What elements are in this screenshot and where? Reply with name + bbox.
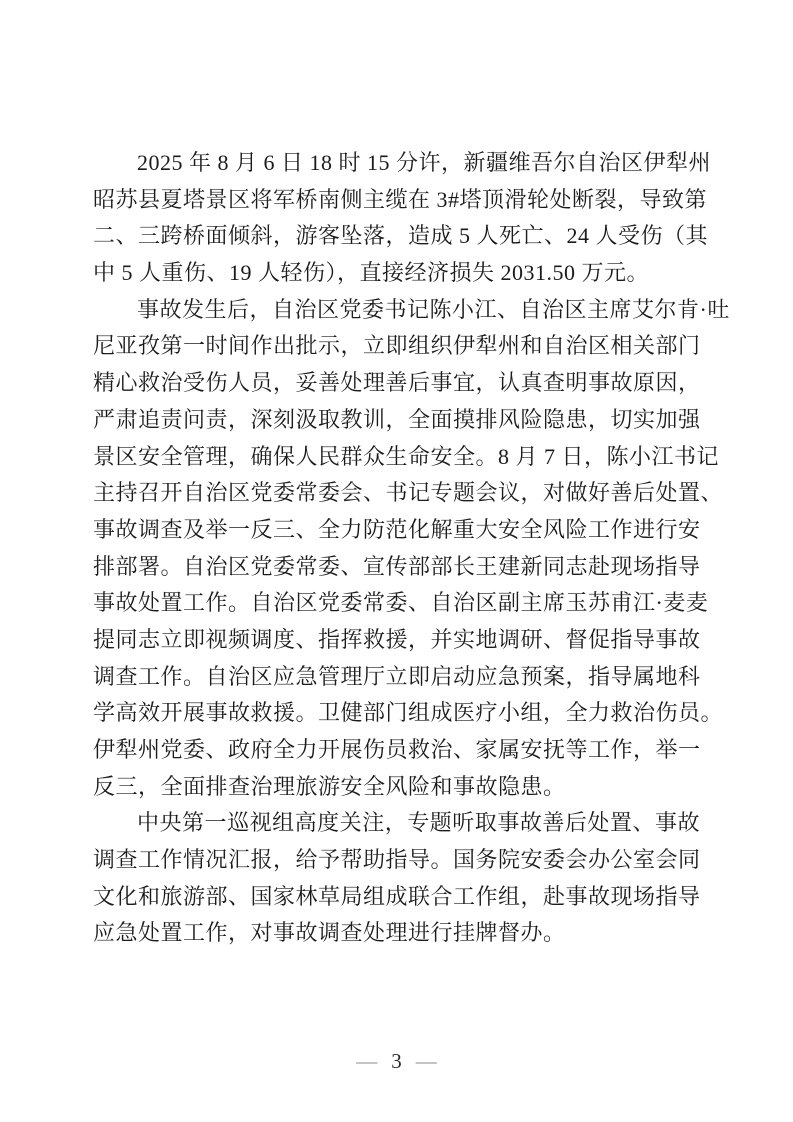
text-line: 事故处置工作。自治区党委常委、自治区副主席玉苏甫江·麦麦 (93, 585, 700, 622)
text-line: 文化和旅游部、国家林草局组成联合工作组，赴事故现场指导 (93, 879, 700, 916)
text-line: 事故发生后，自治区党委书记陈小江、自治区主席艾尔肯·吐 (93, 292, 700, 329)
text-line: 学高效开展事故救援。卫健部门组成医疗小组，全力救治伤员。 (93, 695, 700, 732)
text-line: 严肃追责问责，深刻汲取教训，全面摸排风险隐患，切实加强 (93, 402, 700, 439)
text-line: 二、三跨桥面倾斜，游客坠落，造成 5 人死亡、24 人受伤（其 (93, 218, 700, 255)
paragraph: 事故发生后，自治区党委书记陈小江、自治区主席艾尔肯·吐尼亚孜第一时间作出批示，立… (93, 292, 700, 806)
text-line: 2025 年 8 月 6 日 18 时 15 分许，新疆维吾尔自治区伊犁州 (93, 145, 700, 182)
page-footer: —3— (0, 1046, 793, 1076)
text-line: 景区安全管理，确保人民群众生命安全。8 月 7 日，陈小江书记 (93, 439, 700, 476)
text-line: 中 5 人重伤、19 人轻伤），直接经济损失 2031.50 万元。 (93, 255, 700, 292)
text-line: 提同志立即视频调度、指挥救援，并实地调研、督促指导事故 (93, 622, 700, 659)
text-line: 精心救治受伤人员，妥善处理善后事宜，认真查明事故原因， (93, 365, 700, 402)
paragraph: 2025 年 8 月 6 日 18 时 15 分许，新疆维吾尔自治区伊犁州昭苏县… (93, 145, 700, 292)
paragraph: 中央第一巡视组高度关注，专题听取事故善后处置、事故调查工作情况汇报，给予帮助指导… (93, 805, 700, 952)
text-line: 主持召开自治区党委常委会、书记专题会议，对做好善后处置、 (93, 475, 700, 512)
text-line: 事故调查及举一反三、全力防范化解重大安全风险工作进行安 (93, 512, 700, 549)
page-number: 3 (391, 1046, 402, 1076)
text-line: 应急处置工作，对事故调查处理进行挂牌督办。 (93, 915, 700, 952)
text-line: 尼亚孜第一时间作出批示，立即组织伊犁州和自治区相关部门 (93, 328, 700, 365)
document-body: 2025 年 8 月 6 日 18 时 15 分许，新疆维吾尔自治区伊犁州昭苏县… (93, 145, 700, 952)
footer-right-dash: — (416, 1049, 437, 1073)
text-line: 调查工作情况汇报，给予帮助指导。国务院安委会办公室会同 (93, 842, 700, 879)
text-line: 昭苏县夏塔景区将军桥南侧主缆在 3#塔顶滑轮处断裂，导致第 (93, 182, 700, 219)
footer-left-dash: — (356, 1049, 377, 1073)
text-line: 调查工作。自治区应急管理厅立即启动应急预案，指导属地科 (93, 659, 700, 696)
text-line: 伊犁州党委、政府全力开展伤员救治、家属安抚等工作，举一 (93, 732, 700, 769)
text-line: 中央第一巡视组高度关注，专题听取事故善后处置、事故 (93, 805, 700, 842)
text-line: 排部署。自治区党委常委、宣传部部长王建新同志赴现场指导 (93, 549, 700, 586)
text-line: 反三，全面排查治理旅游安全风险和事故隐患。 (93, 769, 700, 806)
document-page: 2025 年 8 月 6 日 18 时 15 分许，新疆维吾尔自治区伊犁州昭苏县… (0, 0, 793, 1122)
